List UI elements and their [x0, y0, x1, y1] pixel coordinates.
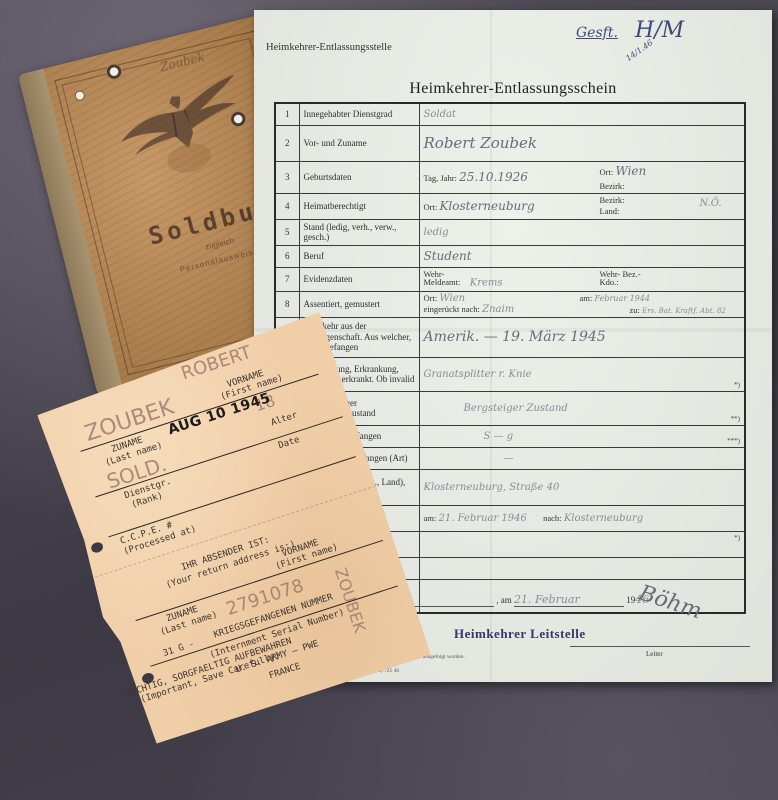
- row-value: *): [419, 531, 745, 557]
- row-value: —: [419, 447, 745, 469]
- form-row: 7 Evidenzdaten Wehr- Meldeamt: Krems Weh…: [275, 267, 745, 291]
- row-number: 5: [275, 219, 299, 245]
- handwritten-value: Wien: [439, 293, 465, 304]
- footnote-marker: *): [734, 381, 740, 389]
- row-value: am: 21. Februar 1946 nach: Klosterneubur…: [419, 505, 745, 531]
- row-label: Vor- und Zuname: [299, 125, 419, 161]
- row-number: 6: [275, 245, 299, 267]
- form-row: 10 Verwundung, Erkrankung, Art, wann erk…: [275, 357, 745, 391]
- row-label: Assentiert, gemustert: [299, 291, 419, 317]
- field-label: Ort:: [600, 167, 614, 177]
- label-age: Alter: [270, 410, 299, 428]
- side-scribble: ZOUBEK: [331, 566, 370, 635]
- row-label: Stand (ledig, verh., verw., gesch.): [299, 219, 419, 245]
- form-row: 9 Rückkehr aus der Gefangenschaft. Aus w…: [275, 317, 745, 357]
- row-value: Tag, Jahr: 25.10.1926 Ort: Wien Bezirk:: [419, 161, 745, 193]
- row-value: Soldat: [419, 103, 745, 125]
- field-label: Tag, Jahr:: [424, 173, 457, 183]
- row-value: [419, 557, 745, 579]
- top-annotation: Gesft. H/M 14/1.46: [576, 18, 684, 43]
- row-number: 1: [275, 103, 299, 125]
- form-row: 1 Innegehabter Dienstgrad Soldat: [275, 103, 745, 125]
- handwritten-value: Klosterneuburg: [439, 199, 534, 213]
- row-number: 4: [275, 193, 299, 219]
- row-label: Evidenzdaten: [299, 267, 419, 291]
- footnote-marker: *): [734, 534, 740, 542]
- annotation-note: Gesft.: [576, 25, 618, 41]
- field-label: nach:: [543, 513, 561, 523]
- handwritten-value: Soldat: [424, 109, 456, 120]
- form-row: 3 Geburtsdaten Tag, Jahr: 25.10.1926 Ort…: [275, 161, 745, 193]
- field-label: am:: [580, 293, 593, 303]
- row-label: Beruf: [299, 245, 419, 267]
- country: FRANCE: [268, 662, 302, 682]
- row-number: 3: [275, 161, 299, 193]
- field-label: eingerückt nach:: [424, 304, 480, 314]
- field-label: Land:: [600, 206, 620, 216]
- issuing-office: Heimkehrer-Entlassungsstelle: [266, 42, 392, 53]
- handwritten-value: Klosterneuburg, Straße 40: [424, 482, 560, 493]
- field-label: am:: [424, 513, 437, 523]
- handwritten-value: ledig: [424, 227, 449, 238]
- row-value: Robert Zoubek: [419, 125, 745, 161]
- field-label: Wehr- Meldeamt:: [424, 270, 468, 287]
- form-row: 8 Assentiert, gemustert Ort: Wien einger…: [275, 291, 745, 317]
- row-value: ledig: [419, 219, 745, 245]
- row-value: Granatsplitter r. Knie*): [419, 357, 745, 391]
- field-label: Ort:: [424, 202, 438, 212]
- date-stamp: AUG 10 1945: [166, 390, 273, 438]
- handwritten-value: Granatsplitter r. Knie: [424, 369, 532, 380]
- row-label: Geburtsdaten: [299, 161, 419, 193]
- row-value: Klosterneuburg, Straße 40: [419, 469, 745, 505]
- label-date: Date: [277, 435, 301, 451]
- handwritten-value: Amerik. — 19. März 1945: [424, 329, 606, 345]
- tag-tear-hole: [90, 541, 105, 554]
- row-label: Heimatberechtigt: [299, 193, 419, 219]
- handwritten-value: S — g: [484, 431, 514, 442]
- handwritten-value: Wien: [615, 164, 646, 178]
- form-row: 2 Vor- und Zuname Robert Zoubek: [275, 125, 745, 161]
- handwritten-value: Krems: [470, 277, 503, 288]
- field-label: Wehr- Bez.-Kdo.:: [600, 270, 660, 287]
- handwritten-value: Znaim: [482, 304, 514, 315]
- year-prefix: 19: [626, 595, 635, 605]
- field-label: , am: [496, 595, 512, 605]
- signature-line: [570, 646, 750, 647]
- signature-label: Leiter: [646, 650, 663, 658]
- row-number: 2: [275, 125, 299, 161]
- row-value: Ort: Klosterneuburg Bezirk: Land: N.Ö.: [419, 193, 745, 219]
- handwritten-value: Februar 1944: [595, 294, 650, 303]
- office-stamp: Heimkehrer Leitstelle: [454, 626, 586, 642]
- document-title: Heimkehrer-Entlassungsschein: [254, 80, 772, 98]
- handwritten-value: Ers. Bat. Kraftf. Abt. 82: [642, 307, 726, 315]
- row-value: Ort: Wien eingerückt nach: Znaim am: Feb…: [419, 291, 745, 317]
- field-label: zu:: [630, 305, 640, 315]
- field-label: Bezirk:: [600, 181, 625, 191]
- field-label: Ort:: [424, 293, 438, 303]
- handwritten-value: 25.10.1926: [459, 170, 528, 184]
- row-value: Amerik. — 19. März 1945: [419, 317, 745, 357]
- row-number: 7: [275, 267, 299, 291]
- row-number: 8: [275, 291, 299, 317]
- row-value: Student: [419, 245, 745, 267]
- form-row: 6 Beruf Student: [275, 245, 745, 267]
- form-row: 4 Heimatberechtigt Ort: Klosterneuburg B…: [275, 193, 745, 219]
- footnote-marker: ***): [727, 437, 740, 445]
- handwritten-value: N.Ö.: [700, 198, 722, 209]
- handwritten-value: Bergsteiger Zustand: [464, 403, 568, 414]
- footnote-marker: **): [731, 415, 740, 423]
- handwritten-value: Student: [424, 249, 472, 263]
- row-value: Wehr- Meldeamt: Krems Wehr- Bez.-Kdo.:: [419, 267, 745, 291]
- row-value: Bergsteiger Zustand**): [419, 391, 745, 425]
- handwritten-value: Robert Zoubek: [424, 134, 537, 152]
- annotation-initials: H/M: [635, 18, 684, 43]
- row-label: Innegehabter Dienstgrad: [299, 103, 419, 125]
- form-row: 5 Stand (ledig, verh., verw., gesch.) le…: [275, 219, 745, 245]
- handwritten-value: —: [504, 453, 514, 464]
- issue-date: 21. Februar: [514, 593, 624, 607]
- row-value: S — g***): [419, 425, 745, 447]
- handwritten-value: 21. Februar 1946: [439, 513, 527, 524]
- handwritten-value: Klosterneuburg: [564, 513, 643, 524]
- field-label: Bezirk:: [600, 195, 625, 205]
